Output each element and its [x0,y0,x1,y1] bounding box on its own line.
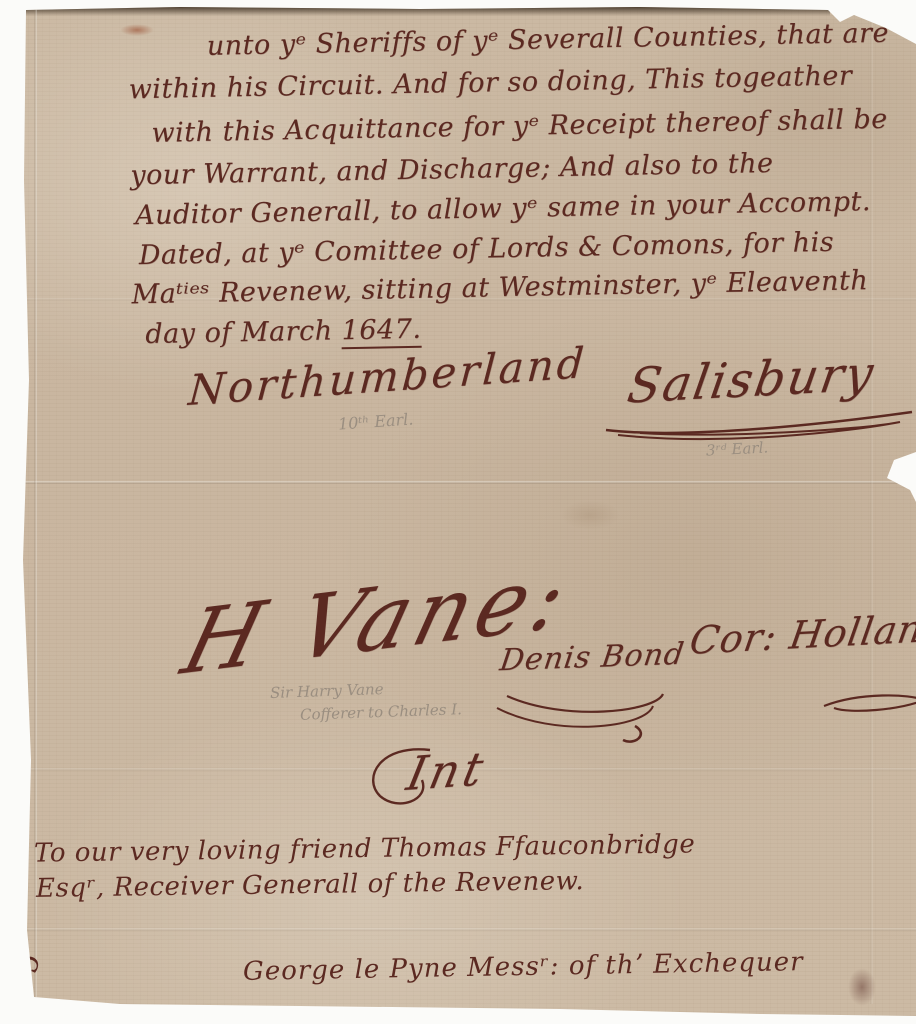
horizontal-fold-crease [0,928,916,931]
text-line: unto yᵉ Sheriffs of yᵉ Severall Counties… [207,18,890,62]
text-line: Dated, at yᵉ Comittee of Lords & Comons,… [139,227,835,271]
pencil-note-vane-name: Sir Harry Vane [270,680,384,702]
vertical-fold-crease [870,8,873,1004]
text-line: Maᵗⁱᵉˢ Revenew, sitting at Westminster, … [131,265,868,310]
address-line-1: To our very loving friend Thomas Ffaucon… [34,829,696,868]
text-line: within his Circuit. And for so doing, Th… [128,60,852,105]
text-line: with this Acquittance for yᵉ Receipt the… [151,104,888,149]
holland-underline-flourish [820,688,916,718]
rust-stain [120,24,154,36]
pencil-note-10th-earl: 10ᵗʰ Earl. [337,409,414,433]
scan-edge-shadow [0,0,4,640]
date-line-prefix: day of March [145,315,342,350]
manuscript-paper-sheet: unto yᵉ Sheriffs of yᵉ Severall Counties… [0,0,916,1024]
signature-cor-holland: Cor: Holland [687,605,916,663]
foxing-stain [560,500,620,530]
text-line: your Warrant, and Discharge; And also to… [130,148,774,191]
text-line: Auditor Generall, to allow yᵉ same in yo… [135,186,871,231]
ink-smudge [848,968,876,1006]
address-line-2: Esqʳ, Receiver Generall of the Revenew. [36,866,584,904]
date-year: 1647. [341,314,421,350]
pencil-note-3rd-earl: 3ʳᵈ Earl. [706,438,769,459]
bond-underline-flourish [495,688,675,748]
pencil-note-vane-title: Cofferer to Charles I. [300,700,462,724]
docket-mark-loop-flourish [360,742,450,812]
endorsement-line: George le Pyne Messʳ: of thʼ Exchequer [243,947,804,987]
signature-denis-bond: Denis Bond [498,637,687,679]
text-line-date: day of March 1647. [145,314,422,350]
signature-northumberland: Northumberland [187,338,589,415]
horizontal-fold-crease [0,481,916,484]
salisbury-underline-flourish [600,400,916,442]
margin-mark-5: 5 [11,950,47,976]
paper-top-edge-shadow [24,6,830,16]
document-body-text: unto yᵉ Sheriffs of yᵉ Severall Counties… [0,0,916,9]
